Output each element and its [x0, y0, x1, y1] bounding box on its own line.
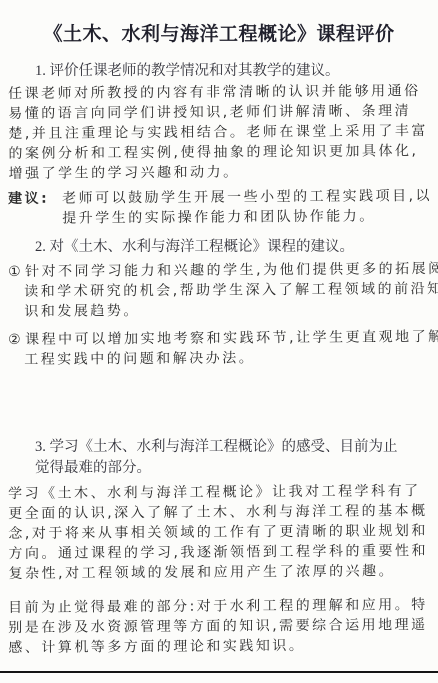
question-2-heading: 2. 对《土木、水利与海洋工程概论》课程的建议。: [35, 237, 424, 258]
item-2-text: 课程中可以增加实地考察和实践环节,让学生更直观地了解工程实践中的问题和解决办法。: [24, 329, 438, 368]
question-1-heading: 1. 评价任课老师的教学情况和对其教学的建议。: [35, 61, 424, 82]
question-1-suggestion: 建议: 老师可以鼓励学生开展一些小型的工程实践项目,以提升学生的实际操作能力和团…: [8, 186, 432, 229]
suggestion-label: 建议:: [8, 189, 60, 209]
item-1-bullet: ①: [8, 264, 23, 280]
item-1-text: 针对不同学习能力和兴趣的学生,为他们提供更多的拓展阅读和学术研究的机会,帮助学生…: [24, 261, 438, 320]
question-3-answer-paragraph-1: 学习《土木、水利与海洋工程概论》让我对工程学科有了更全面的认识,深入了解了土木、…: [8, 481, 433, 584]
page-bottom-rule: [0, 671, 438, 673]
question-1-handwritten-answer: 任课老师对所教授的内容有非常清晰的认识并能够用通俗易懂的语言向同学们讲授知识,老…: [8, 81, 433, 184]
question-2-item-2: ②课程中可以增加实地考察和实践环节,让学生更直观地了解工程实践中的问题和解决办法…: [8, 327, 438, 370]
item-2-bullet: ②: [8, 332, 23, 348]
question-3-answer-paragraph-2: 目前为止觉得最难的部分:对于水利工程的理解和应用。特别是在涉及水资源管理等方面的…: [8, 595, 432, 658]
suggestion-text: 老师可以鼓励学生开展一些小型的工程实践项目,以提升学生的实际操作能力和团队协作能…: [60, 186, 432, 229]
question-2-item-1: ①针对不同学习能力和兴趣的学生,为他们提供更多的拓展阅读和学术研究的机会,帮助学…: [8, 259, 438, 322]
question-3-heading: 3. 学习《土木、水利与海洋工程概论》的感受、目前为止觉得最难的部分。: [35, 437, 408, 479]
document-title: 《土木、水利与海洋工程概论》课程评价: [0, 19, 438, 46]
scanned-evaluation-page: 《土木、水利与海洋工程概论》课程评价 1. 评价任课老师的教学情况和对其教学的建…: [0, 0, 438, 683]
